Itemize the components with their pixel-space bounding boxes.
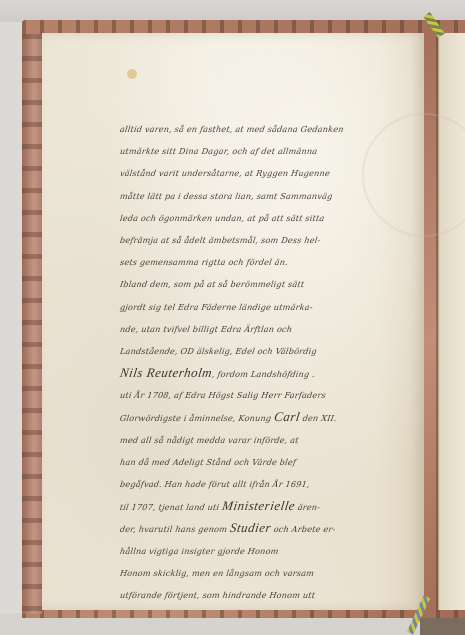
handwritten-text-block: alltid varen, så en fasthet, at med såda… (120, 118, 420, 606)
emphasized-word: Ministerielle (221, 498, 296, 513)
paper-stain (127, 69, 137, 79)
text-line: alltid varen, så en fasthet, at med såda… (118, 118, 421, 140)
text-line: der, hvarutil hans genom Studier och Arb… (118, 517, 421, 539)
text-segment: den XII. (299, 413, 337, 423)
text-line: befrämja at så ådelt ämbetsmål, som Dess… (118, 229, 421, 251)
text-line: utförande förtjent, som hindrande Honom … (118, 584, 421, 606)
text-line: utmärkte sitt Dina Dagar, och af det all… (118, 140, 421, 162)
background-top (0, 0, 465, 22)
text-line: med all så nådigt medda varar införde, a… (118, 429, 421, 451)
text-line: nde, utan tvifvel billigt Edra Ärftlan o… (118, 318, 421, 340)
text-segment: , fordom Landshöfding . (211, 369, 315, 379)
text-line: begåfvad. Han hade förut allt ifrån År 1… (118, 473, 421, 495)
text-line: uti År 1708, af Edra Högst Salig Herr Fa… (118, 384, 421, 406)
emphasized-name: Nils Reuterholm (119, 365, 213, 380)
text-segment: och Arbete er- (270, 524, 336, 534)
text-line: han då med Adeligt Stånd och Värde blef (118, 451, 421, 473)
text-segment: Glorwördigste i åminnelse, Konung (119, 413, 275, 423)
marbled-cover-edge (22, 34, 42, 614)
text-line: hållna vigtiga insigter gjorde Honom (118, 540, 421, 562)
text-line: Nils Reuterholm, fordom Landshöfding . (118, 362, 421, 384)
emphasized-word: Studier (229, 520, 272, 535)
text-segment: ären- (294, 502, 321, 512)
text-line: Glorwördigste i åminnelse, Konung Carl d… (118, 406, 421, 428)
text-line: leda och ögonmärken undan, at på att sät… (118, 207, 421, 229)
text-line: Landstående, OD älskelig, Edel och Välbö… (118, 340, 421, 362)
text-line: Honom skicklig, men en långsam och varsa… (118, 562, 421, 584)
emphasized-name: Carl (273, 409, 301, 424)
text-line: välstånd varit undersåtarne, at Ryggen H… (118, 162, 421, 184)
text-line: gjordt sig tel Edra Fäderne ländige utmä… (118, 296, 421, 318)
text-line: sets gemensamma rigtta och fördel än. (118, 251, 421, 273)
text-line: Ibland dem, som på at så berömmeligt sät… (118, 273, 421, 295)
text-segment: til 1707, tjenat land uti (119, 502, 223, 512)
text-line: til 1707, tjenat land uti Ministerielle … (118, 495, 421, 517)
text-segment: der, hvarutil hans genom (119, 524, 230, 534)
book-spine-fold (438, 33, 440, 610)
text-line: måtte lätt pa i dessa stora lian, samt S… (118, 185, 421, 207)
